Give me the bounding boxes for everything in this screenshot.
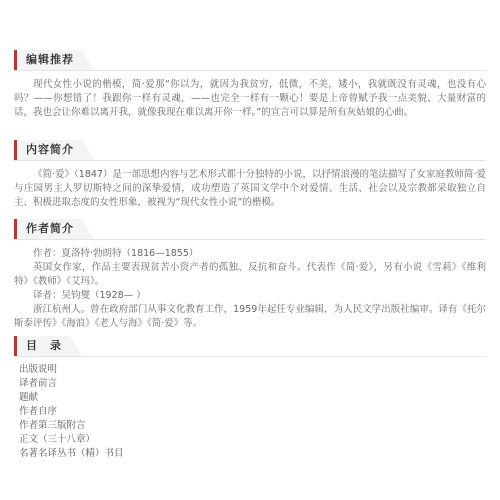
section-title-author-intro: 作者简介: [26, 222, 74, 235]
section-title-toc: 目 录: [26, 339, 62, 352]
translator-name-line: 译者：吴钧燮（1928— ）: [14, 289, 486, 303]
author-name-line: 作者：夏洛特·勃朗特（1816—1855）: [14, 247, 486, 261]
toc-item: 作者自序: [14, 405, 486, 419]
section-tab: 作者简介: [17, 219, 94, 239]
toc-item: 正文（三十八章）: [14, 433, 486, 447]
editor-recommendation-text: 现代女性小说的楷模，简·爱那“你以为，就因为我贫穷，低微，不美，矮小，我就既没有…: [14, 78, 486, 120]
book-detail-page: 编辑推荐 现代女性小说的楷模，简·爱那“你以为，就因为我贫穷，低微，不美，矮小，…: [0, 0, 500, 461]
accent-bar: [14, 140, 17, 160]
section-header-toc: 目 录: [14, 336, 486, 357]
toc-item: 出版说明: [14, 363, 486, 377]
section-author-intro: 作者简介 作者：夏洛特·勃朗特（1816—1855） 英国女作家，作品主要表现贫…: [14, 219, 486, 331]
section-tab: 编辑推荐: [17, 50, 94, 70]
section-table-of-contents: 目 录 出版说明 译者前言 题献 作者自序 作者第三版附言 正文（三十八章） 名…: [14, 336, 486, 461]
toc-list: 出版说明 译者前言 题献 作者自序 作者第三版附言 正文（三十八章） 名著名译丛…: [14, 363, 486, 461]
toc-item: 作者第三版附言: [14, 419, 486, 433]
content-summary-text: 《简·爱》（1847）是一部思想内容与艺术形式都十分独特的小说，以抒情浪漫的笔法…: [14, 168, 486, 210]
toc-item: 译者前言: [14, 377, 486, 391]
section-title-editor-recommendation: 编辑推荐: [26, 53, 74, 66]
accent-bar: [14, 336, 17, 356]
section-editor-recommendation: 编辑推荐 现代女性小说的楷模，简·爱那“你以为，就因为我贫穷，低微，不美，矮小，…: [14, 50, 486, 120]
accent-bar: [14, 50, 17, 70]
accent-bar: [14, 219, 17, 239]
section-header-content-summary: 内容简介: [14, 140, 486, 161]
section-tab: 内容简介: [17, 140, 94, 160]
section-header-author-intro: 作者简介: [14, 219, 486, 240]
author-bio-text: 英国女作家，作品主要表现贫苦小资产者的孤独、反抗和奋斗。代表作《简·爱》，另有小…: [14, 261, 486, 289]
section-tab: 目 录: [17, 336, 82, 356]
section-title-content-summary: 内容简介: [26, 143, 74, 156]
toc-item: 题献: [14, 391, 486, 405]
toc-item: 名著名译丛书（精）书目: [14, 447, 486, 461]
section-header-editor-recommendation: 编辑推荐: [14, 50, 486, 71]
translator-bio-text: 浙江杭州人。曾在政府部门从事文化教育工作，1959年起任专业编辑，为人民文学出版…: [14, 303, 486, 331]
section-content-summary: 内容简介 《简·爱》（1847）是一部思想内容与艺术形式都十分独特的小说，以抒情…: [14, 140, 486, 210]
